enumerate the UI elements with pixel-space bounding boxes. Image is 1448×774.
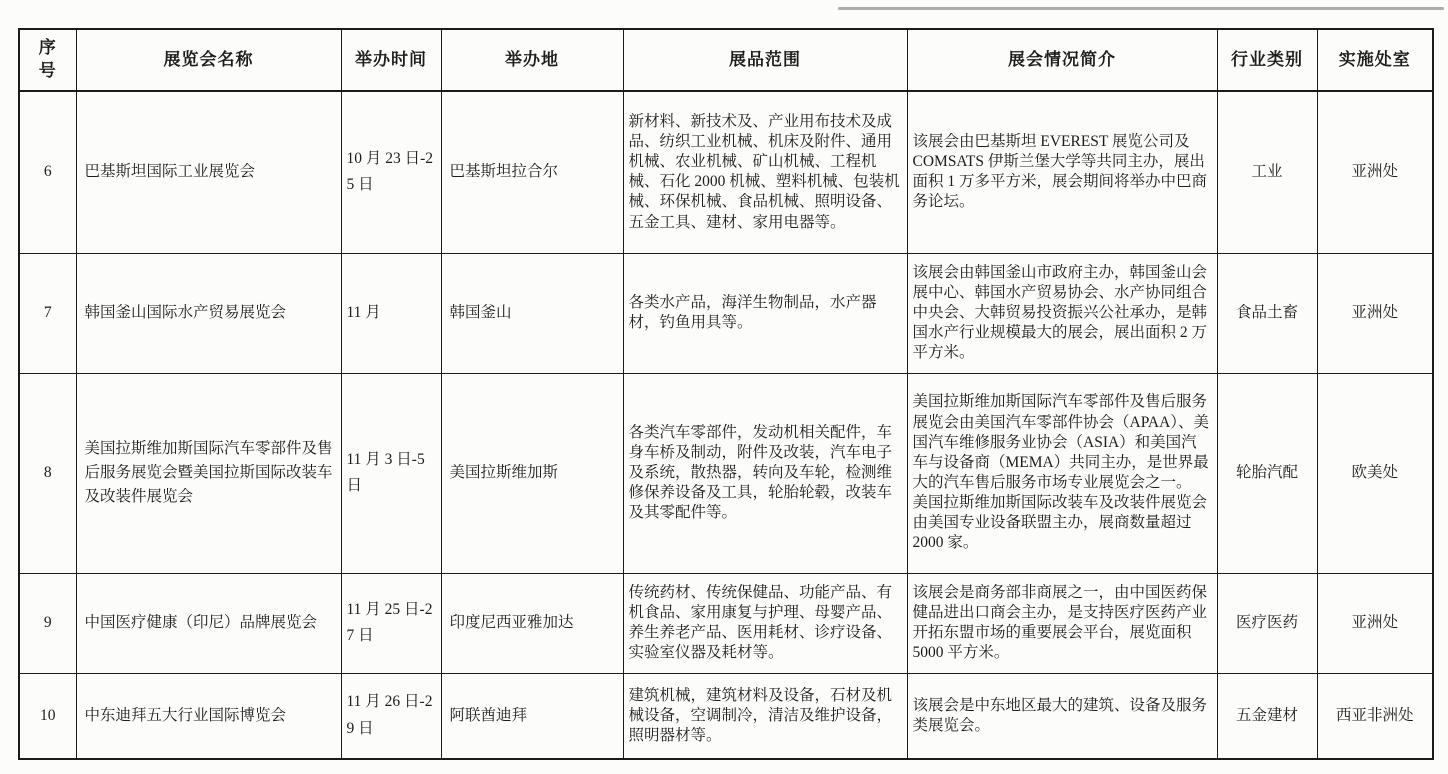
cell-place: 阿联酋迪拜 xyxy=(441,673,623,759)
column-header-name: 展览会名称 xyxy=(76,29,341,91)
cell-scope: 传统药材、传统保健品、功能产品、有机食品、家用康复与护理、母婴产品、养生养老产品… xyxy=(623,573,907,673)
cell-time: 10 月 23 日-25 日 xyxy=(341,91,441,253)
cell-intro: 美国拉斯维加斯国际汽车零部件及售后服务展览会由美国汽车零部件协会（APAA）、美… xyxy=(907,373,1217,573)
cell-scope: 各类水产品，海洋生物制品，水产器材，钓鱼用具等。 xyxy=(623,253,907,373)
header-row: 序 号展览会名称举办时间举办地展品范围展会情况简介行业类别实施处室 xyxy=(19,29,1433,91)
column-header-industry: 行业类别 xyxy=(1217,29,1317,91)
cell-name: 韩国釜山国际水产贸易展览会 xyxy=(76,253,341,373)
cell-name: 中国医疗健康（印尼）品牌展览会 xyxy=(76,573,341,673)
column-header-no: 序 号 xyxy=(19,29,76,91)
column-header-office: 实施处室 xyxy=(1317,29,1433,91)
cell-industry: 食品土畜 xyxy=(1217,253,1317,373)
table-header: 序 号展览会名称举办时间举办地展品范围展会情况简介行业类别实施处室 xyxy=(19,29,1433,91)
column-header-scope: 展品范围 xyxy=(623,29,907,91)
cell-office: 亚洲处 xyxy=(1317,253,1433,373)
column-header-place: 举办地 xyxy=(441,29,623,91)
table-row: 10中东迪拜五大行业国际博览会11 月 26 日-29 日阿联酋迪拜建筑机械，建… xyxy=(19,673,1433,759)
cell-no: 10 xyxy=(19,673,76,759)
cell-industry: 医疗医药 xyxy=(1217,573,1317,673)
cell-time: 11 月 26 日-29 日 xyxy=(341,673,441,759)
table-body: 6巴基斯坦国际工业展览会10 月 23 日-25 日巴基斯坦拉合尔新材料、新技术… xyxy=(19,91,1433,759)
cell-office: 西亚非洲处 xyxy=(1317,673,1433,759)
table-row: 8美国拉斯维加斯国际汽车零部件及售后服务展览会暨美国拉斯国际改装车及改装件展览会… xyxy=(19,373,1433,573)
cell-name: 美国拉斯维加斯国际汽车零部件及售后服务展览会暨美国拉斯国际改装车及改装件展览会 xyxy=(76,373,341,573)
cell-scope: 建筑机械，建筑材料及设备，石材及机械设备，空调制冷，清洁及维护设备，照明器材等。 xyxy=(623,673,907,759)
cell-time: 11 月 xyxy=(341,253,441,373)
cell-scope: 各类汽车零部件，发动机相关配件，车身车桥及制动，附件及改装，汽车电子及系统，散热… xyxy=(623,373,907,573)
cell-intro: 该展会是商务部非商展之一，由中国医药保健品进出口商会主办，是支持医疗医药产业开拓… xyxy=(907,573,1217,673)
cell-place: 印度尼西亚雅加达 xyxy=(441,573,623,673)
cell-name: 中东迪拜五大行业国际博览会 xyxy=(76,673,341,759)
scan-artifact-line xyxy=(838,7,1444,10)
cell-time: 11 月 3 日-5 日 xyxy=(341,373,441,573)
exhibitions-table: 序 号展览会名称举办时间举办地展品范围展会情况简介行业类别实施处室 6巴基斯坦国… xyxy=(18,28,1434,760)
cell-place: 美国拉斯维加斯 xyxy=(441,373,623,573)
table-row: 7韩国釜山国际水产贸易展览会11 月韩国釜山各类水产品，海洋生物制品，水产器材，… xyxy=(19,253,1433,373)
cell-office: 欧美处 xyxy=(1317,373,1433,573)
cell-industry: 轮胎汽配 xyxy=(1217,373,1317,573)
cell-place: 韩国釜山 xyxy=(441,253,623,373)
cell-place: 巴基斯坦拉合尔 xyxy=(441,91,623,253)
cell-office: 亚洲处 xyxy=(1317,573,1433,673)
cell-industry: 工业 xyxy=(1217,91,1317,253)
cell-no: 7 xyxy=(19,253,76,373)
cell-intro: 该展会是中东地区最大的建筑、设备及服务类展览会。 xyxy=(907,673,1217,759)
column-header-intro: 展会情况简介 xyxy=(907,29,1217,91)
cell-no: 9 xyxy=(19,573,76,673)
cell-office: 亚洲处 xyxy=(1317,91,1433,253)
cell-no: 8 xyxy=(19,373,76,573)
cell-intro: 该展会由巴基斯坦 EVEREST 展览公司及 COMSATS 伊斯兰堡大学等共同… xyxy=(907,91,1217,253)
cell-intro: 该展会由韩国釜山市政府主办，韩国釜山会展中心、韩国水产贸易协会、水产协同组合中央… xyxy=(907,253,1217,373)
cell-scope: 新材料、新技术及、产业用布技术及成品、纺织工业机械、机床及附件、通用机械、农业机… xyxy=(623,91,907,253)
cell-time: 11 月 25 日-27 日 xyxy=(341,573,441,673)
table-row: 9中国医疗健康（印尼）品牌展览会11 月 25 日-27 日印度尼西亚雅加达传统… xyxy=(19,573,1433,673)
column-header-time: 举办时间 xyxy=(341,29,441,91)
cell-no: 6 xyxy=(19,91,76,253)
cell-name: 巴基斯坦国际工业展览会 xyxy=(76,91,341,253)
cell-industry: 五金建材 xyxy=(1217,673,1317,759)
table-row: 6巴基斯坦国际工业展览会10 月 23 日-25 日巴基斯坦拉合尔新材料、新技术… xyxy=(19,91,1433,253)
